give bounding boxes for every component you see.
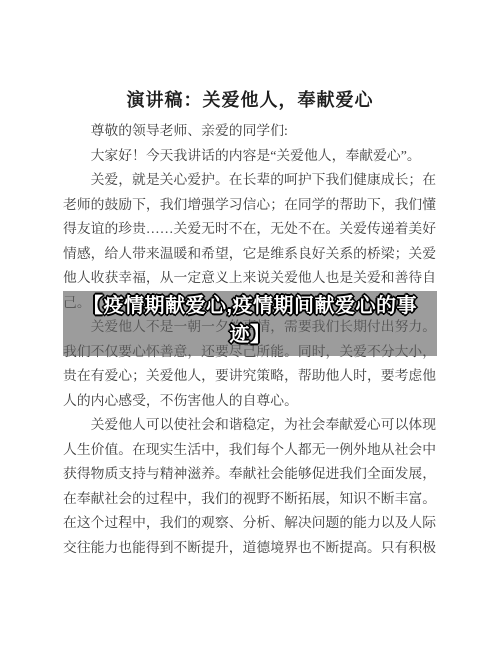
document-line: 获得物质支持与精神滋养。奉献社会能够促进我们全面发展， [63, 462, 439, 487]
document-line: 贵在有爱心；关爱他人，要讲究策略，帮助他人时，要考虑他 [63, 364, 439, 389]
watermark-title: 【疫情期献爱心,疫情期间献爱心的事 迹】 [0, 292, 500, 350]
document-line: 在奉献社会的过程中，我们的视野不断拓展，知识不断丰富。 [63, 487, 439, 512]
document-line: 他人收获幸福，从一定意义上来说关爱他人也是关爱和善待自 [63, 266, 439, 291]
document-line: 在这个过程中，我们的观察、分析、解决问题的能力以及人际 [63, 511, 439, 536]
document-line: 交往能力也能得到不断提升，道德境界也不断提高。只有积极 [63, 536, 439, 561]
document-line: 得友谊的珍贵……关爱无时不在，无处不在。关爱传递着美好 [63, 217, 439, 242]
document-line: 人的内心感受，不伤害他人的自尊心。 [63, 389, 439, 414]
document-line: 关爱他人可以使社会和谐稳定，为社会奉献爱心可以体现 [63, 413, 439, 438]
watermark-title-line2: 迹】 [0, 321, 500, 350]
document-title: 演讲稿：关爱他人，奉献爱心 [0, 86, 500, 112]
document-line: 尊敬的领导老师、亲爱的同学们: [63, 119, 439, 144]
document-line: 情感，给人带来温暖和希望，它是维系良好关系的桥梁；关爱 [63, 242, 439, 267]
document-line: 人生价值。在现实生活中，我们每个人都无一例外地从社会中 [63, 438, 439, 463]
document-line: 老师的鼓励下，我们增强学习信心；在同学的帮助下，我们懂 [63, 193, 439, 218]
watermark-title-line1: 【疫情期献爱心,疫情期间献爱心的事 [0, 292, 500, 321]
document-line: 关爱，就是关心爱护。在长辈的呵护下我们健康成长；在 [63, 168, 439, 193]
document-page: 演讲稿：关爱他人，奉献爱心 尊敬的领导老师、亲爱的同学们:大家好！今天我讲话的内… [0, 0, 500, 647]
document-line: 大家好！今天我讲话的内容是“关爱他人，奉献爱心”。 [63, 144, 439, 169]
